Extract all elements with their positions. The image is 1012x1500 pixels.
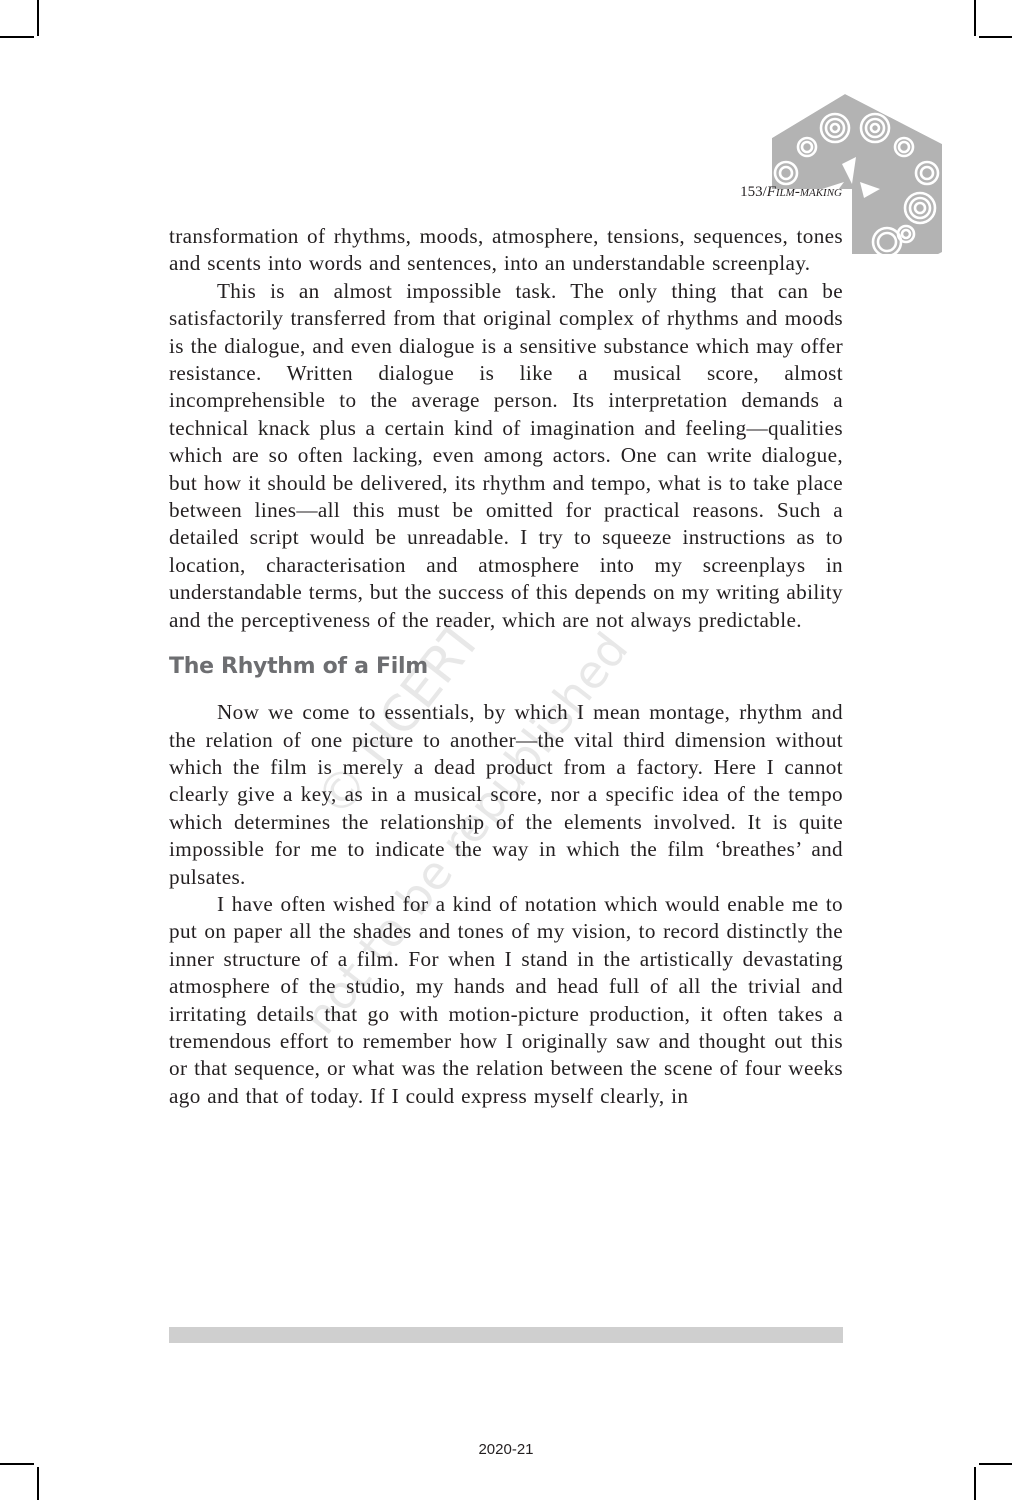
crop-mark-top-right-h bbox=[979, 36, 1012, 38]
running-header: 153/Film-making bbox=[740, 184, 842, 201]
page-number: 153 bbox=[740, 184, 763, 200]
crop-mark-bottom-right-h bbox=[979, 1463, 1012, 1465]
crop-mark-top-left-v bbox=[37, 0, 39, 36]
paragraph: Now we come to essentials, by which I me… bbox=[169, 699, 843, 891]
chapter-title: Film-making bbox=[767, 184, 842, 200]
crop-mark-bottom-right-v bbox=[974, 1467, 976, 1500]
section-heading: The Rhythm of a Film bbox=[169, 654, 843, 679]
edition-year: 2020-21 bbox=[0, 1441, 1012, 1458]
footer-rule bbox=[169, 1327, 843, 1343]
crop-mark-bottom-left-h bbox=[0, 1463, 34, 1465]
paragraph: I have often wished for a kind of notati… bbox=[169, 891, 843, 1110]
paragraph-continued: transformation of rhythms, moods, atmosp… bbox=[169, 223, 843, 278]
body-text: transformation of rhythms, moods, atmosp… bbox=[169, 223, 843, 1110]
crop-mark-bottom-left-v bbox=[37, 1467, 39, 1500]
crop-mark-top-left-h bbox=[0, 36, 34, 38]
crop-mark-top-right-v bbox=[974, 0, 976, 36]
paragraph: This is an almost impossible task. The o… bbox=[169, 278, 843, 634]
